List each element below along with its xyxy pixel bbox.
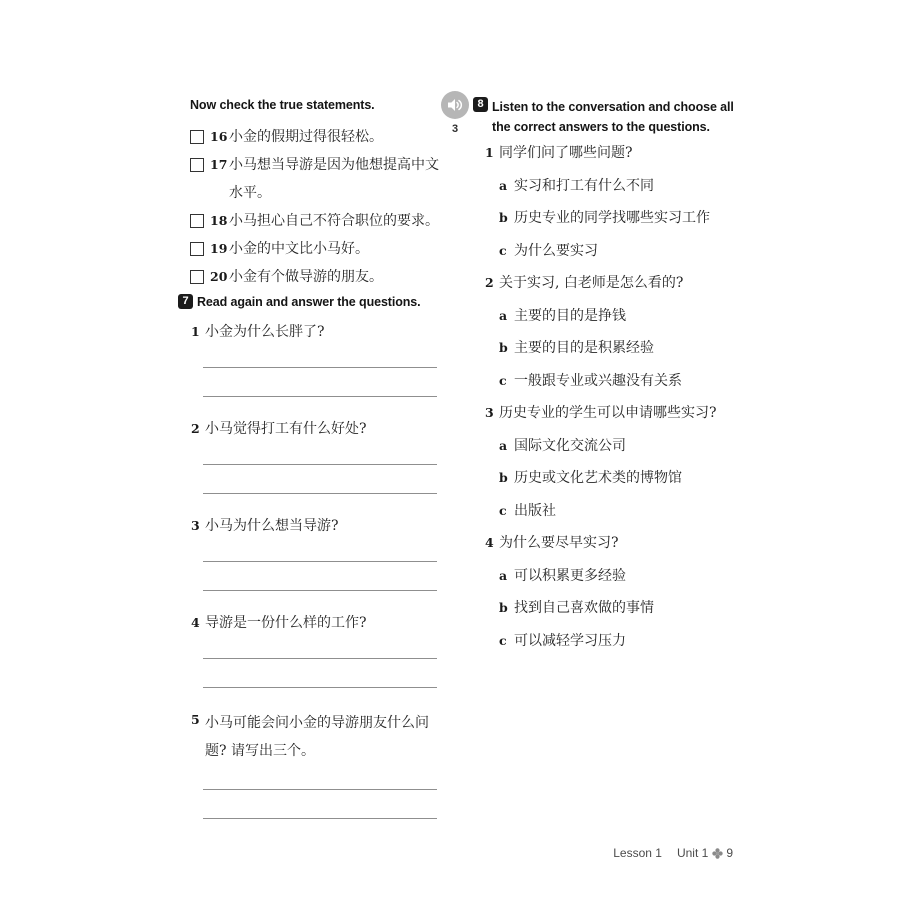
exercise-7-section: 7 Read again and answer the questions. 1… (178, 294, 444, 829)
statement-number: 17 (210, 151, 229, 179)
checkbox-18[interactable] (190, 214, 204, 228)
statement-text: 小金有个做导游的朋友。 (229, 263, 444, 291)
question-3: 3 小马为什么想当导游? (178, 515, 444, 601)
question-text: 小马可能会问小金的导游朋友什么问题? 请写出三个。 (205, 709, 444, 765)
answer-line (203, 493, 437, 494)
statement-text: 小金的假期过得很轻松。 (229, 123, 444, 151)
option-text: 国际文化交流公司 (514, 436, 753, 456)
option-b[interactable]: b 历史或文化艺术类的博物馆 (473, 468, 753, 488)
option-letter: a (499, 306, 514, 326)
question-text: 小金为什么长胖了? (205, 321, 444, 343)
check-true-statements-section: Now check the true statements. 16 小金的假期过… (178, 97, 444, 291)
option-b[interactable]: b 主要的目的是积累经验 (473, 338, 753, 358)
answer-line (203, 396, 437, 397)
option-letter: b (499, 598, 514, 618)
option-c[interactable]: c 可以减轻学习压力 (473, 631, 753, 651)
check-item-16: 16 小金的假期过得很轻松。 (178, 123, 444, 151)
exercise-8-heading: Listen to the conversation and choose al… (492, 97, 753, 137)
answer-line (203, 464, 437, 465)
option-letter: b (499, 338, 514, 358)
answer-line (203, 818, 437, 819)
option-a[interactable]: a 主要的目的是挣钱 (473, 306, 753, 326)
answer-line (203, 789, 437, 790)
statement-number: 19 (210, 235, 229, 263)
check-item-18: 18 小马担心自己不符合职位的要求。 (178, 207, 444, 235)
option-a[interactable]: a 国际文化交流公司 (473, 436, 753, 456)
question-text: 同学们问了哪些问题? (499, 143, 749, 163)
question-text: 小马觉得打工有什么好处? (205, 418, 444, 440)
option-letter: c (499, 241, 514, 261)
question-text: 导游是一份什么样的工作? (205, 612, 444, 634)
exercise-8-section: 8 Listen to the conversation and choose … (473, 97, 753, 663)
option-letter: c (499, 501, 514, 521)
answer-line (203, 367, 437, 368)
check-section-heading: Now check the true statements. (190, 97, 444, 113)
question-number: 1 (485, 143, 499, 163)
footer-lesson-label: Lesson 1 (613, 846, 662, 860)
question-4: 4 导游是一份什么样的工作? (178, 612, 444, 698)
exercise-7-header: 7 Read again and answer the questions. (178, 294, 444, 310)
checkbox-17[interactable] (190, 158, 204, 172)
audio-track-number: 3 (441, 123, 469, 135)
statement-text: 小马想当导游是因为他想提高中文水平。 (229, 151, 444, 207)
speaker-icon (441, 91, 469, 119)
option-text: 可以积累更多经验 (514, 566, 753, 586)
listening-question-1: 1 同学们问了哪些问题? a 实习和打工有什么不同 b 历史专业的同学找哪些实习… (473, 143, 753, 261)
footer-page-number: 9 (726, 846, 733, 860)
statement-number: 18 (210, 207, 229, 235)
answer-line (203, 687, 437, 688)
answer-line (203, 590, 437, 591)
listening-question-4: 4 为什么要尽早实习? a 可以积累更多经验 b 找到自己喜欢做的事情 c 可以… (473, 533, 753, 651)
option-text: 主要的目的是挣钱 (514, 306, 753, 326)
question-text: 关于实习, 白老师是怎么看的? (499, 273, 749, 293)
option-text: 可以减轻学习压力 (514, 631, 753, 651)
exercise-number-badge: 8 (473, 97, 488, 112)
option-text: 历史专业的同学找哪些实习工作 (514, 208, 753, 228)
option-a[interactable]: a 实习和打工有什么不同 (473, 176, 753, 196)
question-number: 5 (191, 709, 205, 731)
option-letter: c (499, 631, 514, 651)
question-number: 1 (191, 321, 205, 343)
option-text: 实习和打工有什么不同 (514, 176, 753, 196)
option-a[interactable]: a 可以积累更多经验 (473, 566, 753, 586)
question-number: 3 (191, 515, 205, 537)
listening-question-3: 3 历史专业的学生可以申请哪些实习? a 国际文化交流公司 b 历史或文化艺术类… (473, 403, 753, 521)
workbook-page: Now check the true statements. 16 小金的假期过… (0, 0, 900, 900)
option-text: 为什么要实习 (514, 241, 753, 261)
option-text: 主要的目的是积累经验 (514, 338, 753, 358)
option-text: 出版社 (514, 501, 753, 521)
option-letter: a (499, 176, 514, 196)
option-letter: b (499, 468, 514, 488)
exercise-8-header: 8 Listen to the conversation and choose … (473, 97, 753, 137)
question-2: 2 小马觉得打工有什么好处? (178, 418, 444, 504)
option-letter: a (499, 436, 514, 456)
question-text: 小马为什么想当导游? (205, 515, 444, 537)
checkbox-19[interactable] (190, 242, 204, 256)
listening-questions: 1 同学们问了哪些问题? a 实习和打工有什么不同 b 历史专业的同学找哪些实习… (473, 143, 753, 651)
option-c[interactable]: c 出版社 (473, 501, 753, 521)
statement-text: 小金的中文比小马好。 (229, 235, 444, 263)
option-b[interactable]: b 找到自己喜欢做的事情 (473, 598, 753, 618)
option-b[interactable]: b 历史专业的同学找哪些实习工作 (473, 208, 753, 228)
statement-number: 16 (210, 123, 229, 151)
checkbox-20[interactable] (190, 270, 204, 284)
answer-line (203, 561, 437, 562)
option-text: 一般跟专业或兴趣没有关系 (514, 371, 753, 391)
question-text: 为什么要尽早实习? (499, 533, 749, 553)
audio-marker: 3 (441, 91, 469, 135)
question-number: 2 (191, 418, 205, 440)
statement-number: 20 (210, 263, 229, 291)
exercise-7-heading: Read again and answer the questions. (197, 294, 421, 310)
checkbox-16[interactable] (190, 130, 204, 144)
check-item-17: 17 小马想当导游是因为他想提高中文水平。 (178, 151, 444, 207)
option-c[interactable]: c 一般跟专业或兴趣没有关系 (473, 371, 753, 391)
question-number: 2 (485, 273, 499, 293)
check-item-19: 19 小金的中文比小马好。 (178, 235, 444, 263)
page-footer: Lesson 1 Unit 1 9 (613, 846, 733, 860)
option-letter: b (499, 208, 514, 228)
question-number: 4 (191, 612, 205, 634)
option-c[interactable]: c 为什么要实习 (473, 241, 753, 261)
question-1: 1 小金为什么长胖了? (178, 321, 444, 407)
footer-unit-label: Unit 1 (677, 846, 708, 860)
flower-icon (712, 848, 723, 859)
statement-text: 小马担心自己不符合职位的要求。 (229, 207, 444, 235)
check-item-20: 20 小金有个做导游的朋友。 (178, 263, 444, 291)
option-letter: a (499, 566, 514, 586)
question-text: 历史专业的学生可以申请哪些实习? (499, 403, 749, 423)
question-number: 4 (485, 533, 499, 553)
answer-line (203, 658, 437, 659)
question-5: 5 小马可能会问小金的导游朋友什么问题? 请写出三个。 (178, 709, 444, 829)
exercise-number-badge: 7 (178, 294, 193, 309)
option-letter: c (499, 371, 514, 391)
option-text: 历史或文化艺术类的博物馆 (514, 468, 753, 488)
option-text: 找到自己喜欢做的事情 (514, 598, 753, 618)
listening-question-2: 2 关于实习, 白老师是怎么看的? a 主要的目的是挣钱 b 主要的目的是积累经… (473, 273, 753, 391)
question-number: 3 (485, 403, 499, 423)
